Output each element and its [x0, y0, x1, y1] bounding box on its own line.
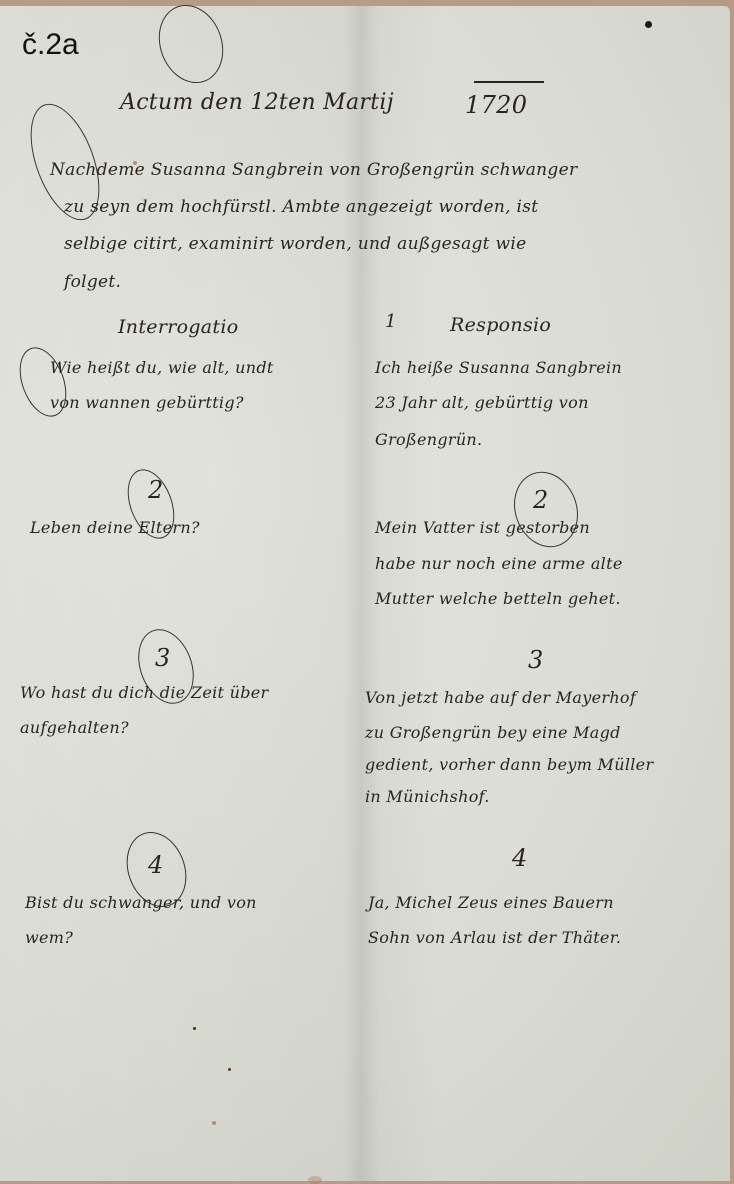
question-3-number: 3 — [155, 644, 170, 672]
intro-line-3: selbige citirt, examinirt worden, und au… — [64, 228, 526, 261]
answer-3-line-1: Von jetzt habe auf der Mayerhof — [365, 681, 636, 714]
entry-1-number: 1 — [385, 311, 396, 332]
question-4-line-1: Bist du schwanger, und von — [25, 886, 257, 919]
answer-3-number: 3 — [528, 646, 543, 674]
page-label: č.2a — [22, 28, 79, 62]
header-actum: Actum den 12ten Martij — [120, 86, 394, 119]
intro-line-1: Nachdeme Susanna Sangbrein von Großengrü… — [50, 154, 577, 187]
answer-4-line-2: Sohn von Arlau ist der Thäter. — [368, 921, 621, 954]
question-4-line-2: wem? — [25, 921, 73, 954]
intro-line-4: folget. — [64, 266, 121, 299]
answer-2-number: 2 — [533, 486, 548, 514]
speck — [228, 1068, 231, 1071]
answer-1-line-1: Ich heiße Susanna Sangbrein — [375, 351, 622, 384]
heading-responsio: Responsio — [450, 309, 551, 342]
answer-1-line-3: Großengrün. — [375, 423, 482, 456]
answer-1-line-2: 23 Jahr alt, gebürttig von — [375, 386, 589, 419]
answer-4-number: 4 — [512, 844, 527, 872]
question-3-line-1: Wo hast du dich die Zeit über — [20, 676, 269, 709]
manuscript-page: č.2a Actum den 12ten Martij 1720 Nachdem… — [0, 6, 730, 1181]
question-1-line-2: von wannen gebürttig? — [50, 386, 244, 419]
ink-dot — [645, 21, 652, 28]
flourish-loop — [148, 0, 234, 92]
year-overline — [474, 81, 544, 83]
intro-line-2: zu seyn dem hochfürstl. Ambte angezeigt … — [64, 191, 538, 224]
heading-interrogatio: Interrogatio — [118, 311, 238, 344]
header-year: 1720 — [465, 89, 527, 122]
question-3-line-2: aufgehalten? — [20, 711, 129, 744]
answer-3-line-4: in Münichshof. — [365, 780, 490, 813]
question-2-line-1: Leben deine Eltern? — [30, 511, 200, 544]
answer-2-line-1: Mein Vatter ist gestorben — [375, 511, 590, 544]
answer-2-line-2: habe nur noch eine arme alte — [375, 547, 623, 580]
question-1-line-1: Wie heißt du, wie alt, undt — [50, 351, 274, 384]
answer-3-line-3: gedient, vorher dann beym Müller — [365, 748, 653, 781]
answer-3-line-2: zu Großengrün bey eine Magd — [365, 716, 621, 749]
question-2-number: 2 — [148, 476, 163, 504]
stain — [308, 1176, 322, 1181]
speck — [212, 1121, 216, 1125]
speck — [193, 1027, 196, 1030]
question-4-number: 4 — [148, 851, 163, 879]
answer-4-line-1: Ja, Michel Zeus eines Bauern — [368, 886, 614, 919]
answer-2-line-3: Mutter welche betteln gehet. — [375, 582, 621, 615]
